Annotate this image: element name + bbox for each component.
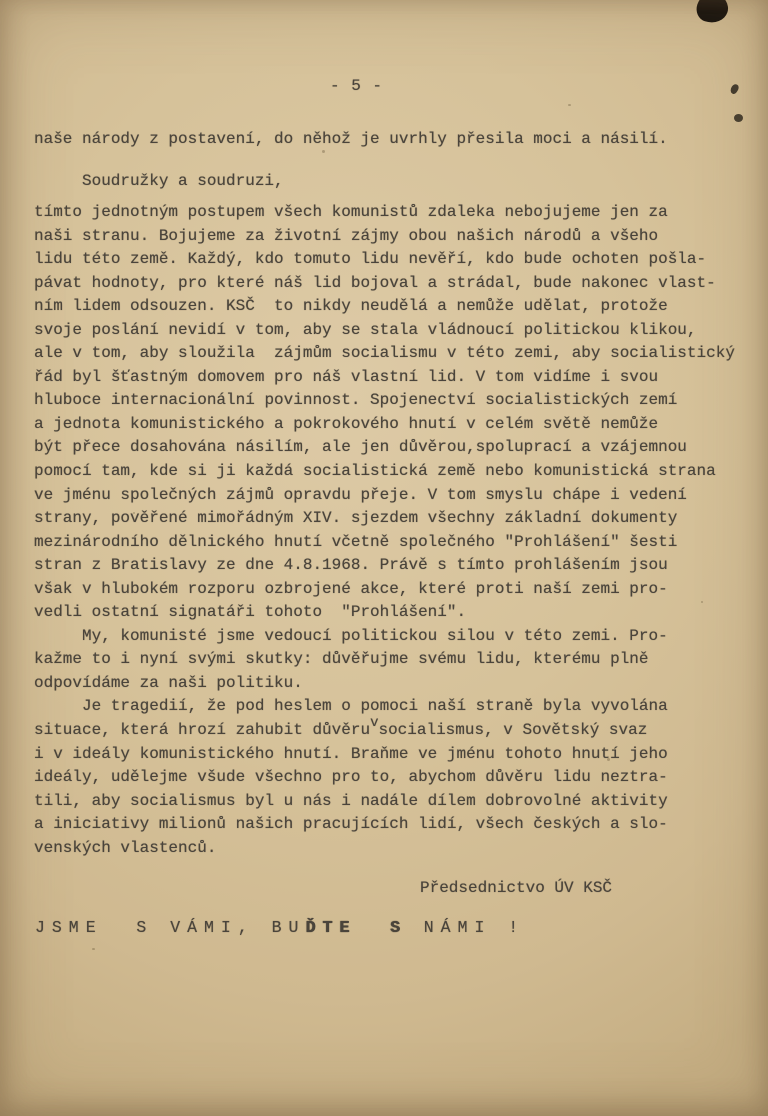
ink-spot xyxy=(729,83,740,95)
document-line: strany, pověřené mimořádným XIV. sjezdem… xyxy=(34,507,768,531)
document-line: venských vlastenců. xyxy=(34,837,768,861)
ink-spot xyxy=(734,114,743,122)
document-body: tímto jednotným postupem všech komunistů… xyxy=(34,201,768,860)
document-line: ve jménu společných zájmů opravdu přeje.… xyxy=(34,484,768,508)
document-line: pávat hodnoty, pro které náš lid bojoval… xyxy=(34,272,768,296)
document-line: pomocí tam, kde si ji každá socialistick… xyxy=(34,460,768,484)
slogan-text-overstruck: ĎTE xyxy=(305,918,356,937)
document-line: ideály, udělejme všude všechno pro to, a… xyxy=(34,766,768,790)
signature-line: Předsednictvo ÚV KSČ xyxy=(420,879,612,897)
paper-speck xyxy=(92,948,95,950)
document-line: naši stranu. Bojujeme za životní zájmy o… xyxy=(34,225,768,249)
document-line-with-insertion: situace, která hrozí zahubit důvěruvsoci… xyxy=(34,719,768,743)
document-line: lidu této země. Každý, kdo tomuto lidu n… xyxy=(34,248,768,272)
document-line: vedli ostatní signatáři tohoto "Prohláše… xyxy=(34,601,768,625)
document-line: však v hlubokém rozporu ozbrojené akce, … xyxy=(34,578,768,602)
ink-blot xyxy=(693,0,732,27)
document-line: My, komunisté jsme vedoucí politickou si… xyxy=(34,625,768,649)
document-line: naše národy z postavení, do něhož je uvr… xyxy=(34,130,668,154)
document-line: být přece dosahována násilím, ale jen dů… xyxy=(34,436,768,460)
document-line: svoje poslání nevidí v tom, aby se stala… xyxy=(34,319,768,343)
document-line: ale v tom, aby sloužila zájmům socialism… xyxy=(34,342,768,366)
document-line: i v ideály komunistického hnutí. Braňme … xyxy=(34,743,768,767)
document-line: tímto jednotným postupem všech komunistů… xyxy=(34,201,768,225)
document-line: odpovídáme za naši politiku. xyxy=(34,672,768,696)
scanned-typewritten-page: - 5 - naše národy z postavení, do něhož … xyxy=(0,0,768,1116)
paper-speck xyxy=(568,104,571,106)
document-line: hluboce internacionální povinnost. Spoje… xyxy=(34,389,768,413)
document-line: řád byl šťastným domovem pro náš vlastní… xyxy=(34,366,768,390)
line-text: socialismus, v Sovětský svaz xyxy=(378,721,647,739)
slogan-line: JSME S VÁMI, BUĎTE S NÁMI ! xyxy=(35,918,525,937)
document-line: kažme to i nyní svými skutky: důvěřujme … xyxy=(34,648,768,672)
typewriter-insertion-mark: v xyxy=(370,712,378,736)
document-line: mezinárodního dělnického hnutí včetně sp… xyxy=(34,531,768,555)
slogan-text: NÁMI ! xyxy=(407,918,525,937)
slogan-text-overstruck: S xyxy=(390,918,407,937)
slogan-text: JSME S VÁMI, BU xyxy=(35,918,305,937)
document-line: Je tragedií, že pod heslem o pomoci naší… xyxy=(34,695,768,719)
salutation-line: Soudružky a soudruzi, xyxy=(82,172,284,190)
document-line: a jednota komunistického a pokrokového h… xyxy=(34,413,768,437)
line-text: situace, která hrozí zahubit důvěru xyxy=(34,721,370,739)
document-line: a iniciativy milionů našich pracujících … xyxy=(34,813,768,837)
slogan-text xyxy=(356,918,390,937)
document-line: tili, aby socialismus byl u nás i nadále… xyxy=(34,790,768,814)
document-line: ním lidem odsouzen. KSČ to nikdy neudělá… xyxy=(34,295,768,319)
document-line: stran z Bratislavy ze dne 4.8.1968. Práv… xyxy=(34,554,768,578)
page-number: - 5 - xyxy=(330,77,383,95)
